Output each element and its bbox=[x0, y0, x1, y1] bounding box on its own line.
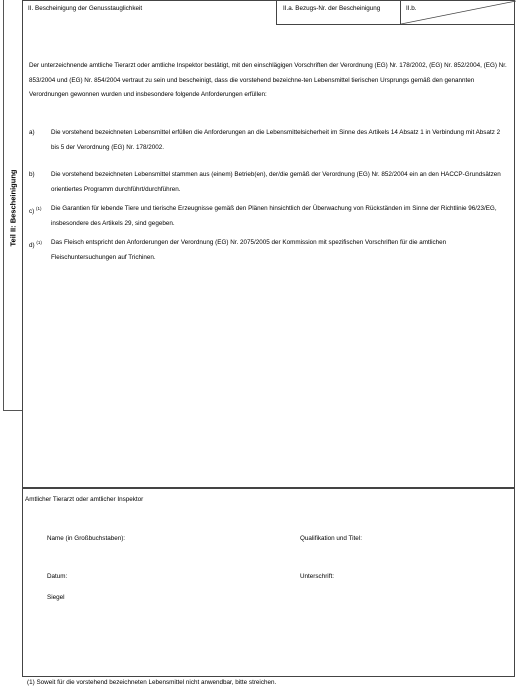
section-title: II. Bescheinigung der Genusstauglichkeit bbox=[28, 5, 142, 12]
footnote-marker: (1) bbox=[36, 240, 42, 245]
item-label: c) (1) bbox=[29, 202, 42, 220]
name-field-label[interactable]: Name (in Großbuchstaben): bbox=[47, 535, 125, 542]
side-panel: Teil II: Bescheinigung bbox=[3, 0, 22, 411]
requirement-item: c) (1) Die Garantien für lebende Tiere u… bbox=[29, 202, 509, 231]
field-ii-b: II.b. bbox=[400, 0, 515, 25]
requirement-item: b) Die vorstehend bezeichneten Lebensmit… bbox=[29, 168, 509, 197]
requirement-item: a) Die vorstehend bezeichneten Lebensmit… bbox=[29, 126, 509, 155]
section-divider bbox=[22, 487, 515, 489]
signature-section-title: Amtlicher Tierarzt oder amtlicher Inspek… bbox=[25, 496, 143, 503]
item-text: Die vorstehend bezeichneten Lebensmittel… bbox=[51, 168, 509, 197]
date-field-label[interactable]: Datum: bbox=[47, 573, 67, 580]
reference-number-label: II.a. Bezugs-Nr. der Bescheinigung bbox=[283, 5, 380, 12]
item-text: Die Garantien für lebende Tiere und tier… bbox=[51, 202, 509, 231]
item-text: Das Fleisch entspricht den Anforderungen… bbox=[51, 236, 509, 265]
signature-field-label[interactable]: Unterschrift: bbox=[300, 573, 334, 580]
strike-through-line bbox=[401, 0, 516, 25]
item-label: d) (1) bbox=[29, 236, 42, 254]
item-label: a) bbox=[29, 126, 35, 141]
reference-number-field[interactable]: II.a. Bezugs-Nr. der Bescheinigung bbox=[276, 0, 400, 25]
footnote-marker: (1) bbox=[36, 206, 42, 211]
field-ii-b-label: II.b. bbox=[406, 5, 417, 12]
side-label: Teil II: Bescheinigung bbox=[9, 170, 18, 247]
intro-paragraph: Der unterzeichnende amtliche Tierarzt od… bbox=[29, 59, 509, 103]
seal-field-label: Siegel bbox=[47, 594, 65, 601]
item-text: Die vorstehend bezeichneten Lebensmittel… bbox=[51, 126, 509, 155]
qualification-field-label[interactable]: Qualifikation und Titel: bbox=[300, 535, 362, 542]
footnote: (1) Soweit für die vorstehend bezeichnet… bbox=[27, 679, 276, 686]
item-label: b) bbox=[29, 168, 35, 183]
requirement-item: d) (1) Das Fleisch entspricht den Anford… bbox=[29, 236, 509, 265]
